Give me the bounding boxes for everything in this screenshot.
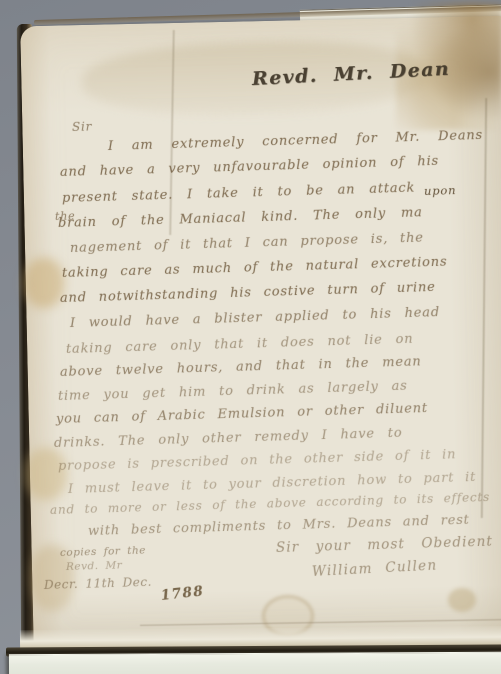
manuscript-scan: Revd. Mr. Dean Sir I am extremely concer… (0, 0, 501, 674)
docket-note: Revd. Mr (66, 558, 123, 575)
docket-note-date: Decr. 11th Dec. (44, 575, 152, 593)
stain-left-upper (24, 258, 64, 308)
salutation: Sir (72, 119, 93, 135)
stain-spot-bottom-right (448, 588, 476, 612)
stain-left-lower (25, 448, 67, 500)
next-page-edge (9, 652, 501, 674)
interline-insert: upon (424, 183, 457, 199)
